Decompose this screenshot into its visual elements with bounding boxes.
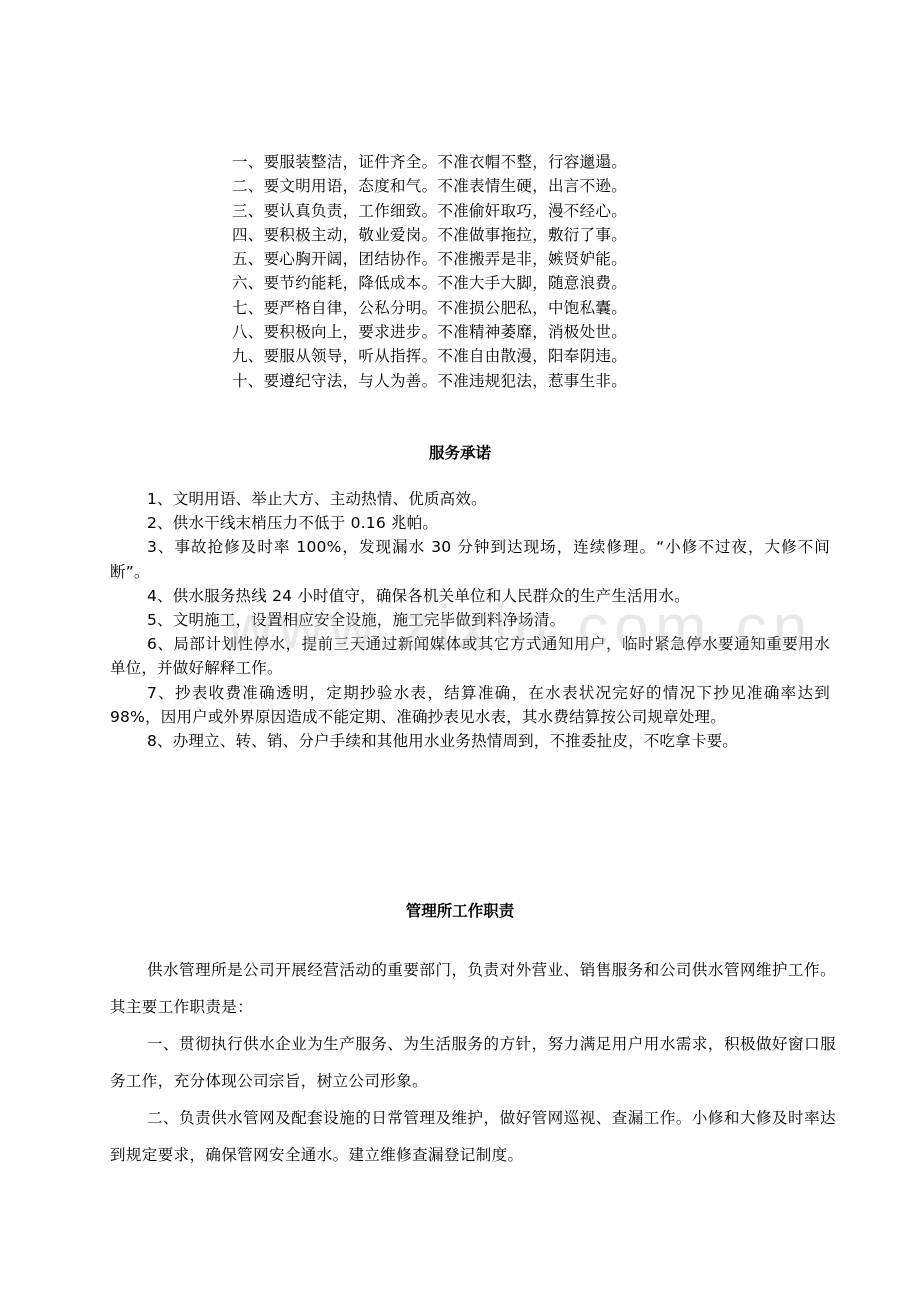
conduct-rule: 一、要服装整洁，证件齐全。不准衣帽不整，行容邋遢。 (232, 150, 712, 174)
conduct-rule: 五、要心胸开阔，团结协作。不准搬弄是非，嫉贤妒能。 (232, 247, 712, 271)
commitment-item: 8、办理立、转、销、分户手续和其他用水业务热情周到，不推委扯皮，不吃拿卡要。 (110, 729, 830, 753)
service-commitment-heading: 服务承诺 (0, 441, 920, 463)
conduct-rules-list: 一、要服装整洁，证件齐全。不准衣帽不整，行容邋遢。 二、要文明用语，态度和气。不… (232, 150, 712, 393)
service-commitment-list: 1、文明用语、举止大方、主动热情、优质高效。 2、供水干线末梢压力不低于 0.1… (110, 487, 830, 753)
commitment-item: 2、供水干线末梢压力不低于 0.16 兆帕。 (110, 511, 830, 535)
conduct-rule: 八、要积极向上，要求进步。不准精神萎靡，消极处世。 (232, 320, 712, 344)
conduct-rule: 七、要严格自律，公私分明。不准损公肥私，中饱私囊。 (232, 296, 712, 320)
document-page: 一、要服装整洁，证件齐全。不准衣帽不整，行容邋遢。 二、要文明用语，态度和气。不… (0, 0, 920, 1302)
commitment-item: 3、事故抢修及时率 100%，发现漏水 30 分钟到达现场，连续修理。“小修不过… (110, 535, 830, 583)
conduct-rule: 六、要节约能耗，降低成本。不准大手大脚，随意浪费。 (232, 271, 712, 295)
conduct-rule: 三、要认真负责，工作细致。不准偷奸取巧，漫不经心。 (232, 199, 712, 223)
commitment-item: 1、文明用语、举止大方、主动热情、优质高效。 (110, 487, 830, 511)
conduct-rule: 九、要服从领导，听从指挥。不准自由散漫，阳奉阴违。 (232, 344, 712, 368)
commitment-item: 7、抄表收费准确透明，定期抄验水表，结算准确，在水表状况完好的情况下抄见准确率达… (110, 681, 830, 729)
duties-body: 供水管理所是公司开展经营活动的重要部门，负责对外营业、销售服务和公司供水管网维护… (110, 952, 836, 1174)
commitment-item: 4、供水服务热线 24 小时值守，确保各机关单位和人民群众的生产生活用水。 (110, 584, 830, 608)
duties-heading: 管理所工作职责 (0, 899, 920, 921)
duty-paragraph: 供水管理所是公司开展经营活动的重要部门，负责对外营业、销售服务和公司供水管网维护… (110, 952, 836, 1026)
duty-paragraph: 二、负责供水管网及配套设施的日常管理及维护，做好管网巡视、查漏工作。小修和大修及… (110, 1100, 836, 1174)
commitment-item: 6、局部计划性停水，提前三天通过新闻媒体或其它方式通知用户，临时紧急停水要通知重… (110, 632, 830, 680)
duty-paragraph: 一、贯彻执行供水企业为生产服务、为生活服务的方针，努力满足用户用水需求，积极做好… (110, 1026, 836, 1100)
conduct-rule: 四、要积极主动，敬业爱岗。不准做事拖拉，敷衍了事。 (232, 223, 712, 247)
commitment-item: 5、文明施工，设置相应安全设施，施工完毕做到料净场清。 (110, 608, 830, 632)
conduct-rule: 二、要文明用语，态度和气。不准表情生硬，出言不逊。 (232, 174, 712, 198)
conduct-rule: 十、要遵纪守法，与人为善。不准违规犯法，惹事生非。 (232, 369, 712, 393)
